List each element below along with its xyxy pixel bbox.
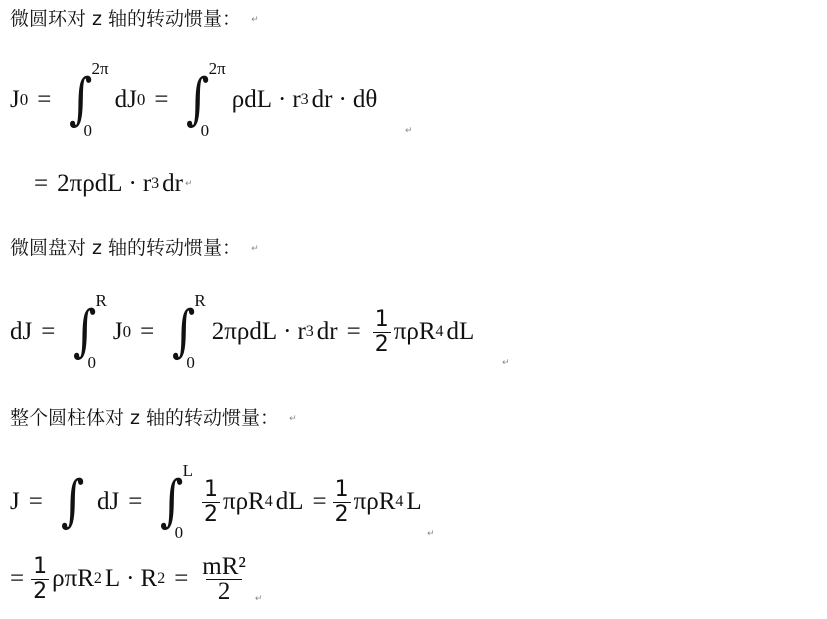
result-term: πρR — [394, 318, 436, 346]
equation-ring-integral: J0 = ∫ 2π0 dJ0 = ∫ 2π0 ρdL · r3 dr · dθ — [10, 62, 377, 138]
integrand-term: 2πρdL — [212, 318, 277, 346]
integral-sign: ∫ — [69, 72, 92, 128]
eq-lhs: J — [10, 86, 20, 114]
superscript: 2 — [157, 570, 165, 588]
denominator: 2 — [206, 579, 243, 604]
result-term: ρπR — [52, 565, 94, 593]
numerator: 1 — [202, 478, 220, 502]
result-term: r — [143, 170, 151, 198]
paragraph-mark: ↵ — [251, 15, 259, 25]
equals-sign: = — [174, 565, 188, 593]
superscript: 4 — [436, 323, 444, 341]
equation-ring-result: = 2πρdL · r3 dr ↵ — [34, 168, 193, 200]
paragraph-mark: ↵ — [185, 179, 193, 189]
cdot: · — [128, 170, 136, 198]
result-term: L — [105, 565, 120, 593]
integral-1: ∫ — [58, 474, 87, 530]
paragraph-mark: ↵ — [405, 126, 413, 136]
fraction-one-half: 12 — [202, 478, 220, 527]
integral-sign: ∫ — [160, 474, 183, 530]
equals-sign: = — [128, 488, 142, 516]
integral-2: ∫ L0 — [157, 467, 193, 537]
integral-sign: ∫ — [61, 474, 84, 530]
fraction-one-half: 12 — [373, 308, 391, 357]
result-term: R — [141, 565, 158, 593]
numerator: mR² — [200, 555, 248, 579]
superscript: 3 — [301, 91, 309, 109]
integrand-term: πρR — [223, 488, 265, 516]
integrand-term: r — [292, 86, 300, 114]
equals-sign: = — [313, 488, 327, 516]
integral-1: ∫ 2π0 — [66, 65, 108, 135]
paragraph-mark: ↵ — [502, 358, 510, 368]
eq-lhs: dJ — [10, 318, 32, 346]
integrand-term: dθ — [353, 86, 377, 114]
cdot: · — [126, 565, 134, 593]
integrand: J — [113, 318, 123, 346]
integral-sign: ∫ — [186, 72, 209, 128]
equals-sign: = — [41, 318, 55, 346]
result-term: dL — [447, 318, 475, 346]
integrand-term: r — [297, 318, 305, 346]
superscript: 4 — [395, 493, 403, 511]
integrand: dJ — [115, 86, 137, 114]
equation-cylinder-result: = 12 ρπR2 L · R2 = mR²2 ↵ — [10, 546, 262, 612]
superscript: 4 — [265, 493, 273, 511]
denominator: 2 — [373, 332, 391, 357]
superscript: 2 — [94, 570, 102, 588]
paragraph-mark: ↵ — [289, 414, 297, 424]
result-term: πρR — [354, 488, 396, 516]
integrand-term: dr — [317, 318, 338, 346]
integrand-term: dr — [312, 86, 333, 114]
subscript: 0 — [20, 90, 29, 110]
equals-sign: = — [29, 488, 43, 516]
integral-2: ∫ 2π0 — [183, 65, 225, 135]
result-term: dr — [162, 170, 183, 198]
upper-limit: R — [194, 291, 205, 311]
cdot: · — [283, 318, 291, 346]
heading-text: 微圆环对 z 轴的转动惯量： — [10, 8, 241, 30]
equals-sign: = — [34, 170, 48, 198]
superscript: 3 — [306, 323, 314, 341]
upper-limit: 2π — [209, 59, 226, 79]
upper-limit: R — [96, 291, 107, 311]
integral-sign: ∫ — [73, 304, 96, 360]
numerator: 1 — [333, 478, 351, 502]
heading-micro-disk: 微圆盘对 z 轴的转动惯量：↵ — [10, 237, 259, 260]
numerator: 1 — [373, 308, 391, 332]
equation-disk: dJ = ∫ R0 J0 = ∫ R0 2πρdL · r3 dr = 12 π… — [10, 294, 474, 370]
integral-2: ∫ R0 — [169, 297, 206, 367]
equals-sign: = — [37, 86, 51, 114]
heading-text: 微圆盘对 z 轴的转动惯量： — [10, 237, 241, 259]
heading-cylinder: 整个圆柱体对 z 轴的转动惯量：↵ — [10, 407, 297, 430]
paragraph-mark: ↵ — [255, 594, 263, 604]
integrand-term: ρdL — [232, 86, 272, 114]
result-term: L — [406, 488, 421, 516]
eq-lhs: J — [10, 488, 20, 516]
fraction-one-half: 12 — [31, 555, 49, 604]
integral-sign: ∫ — [172, 304, 195, 360]
heading-text: 整个圆柱体对 z 轴的转动惯量： — [10, 407, 279, 429]
denominator: 2 — [333, 502, 351, 527]
upper-limit: 2π — [92, 59, 109, 79]
paragraph-mark: ↵ — [251, 244, 259, 254]
subscript: 0 — [137, 90, 146, 110]
equals-sign: = — [10, 565, 24, 593]
numerator: 1 — [31, 555, 49, 579]
cdot: · — [338, 86, 346, 114]
integral-1: ∫ R0 — [70, 297, 107, 367]
equals-sign: = — [140, 318, 154, 346]
integrand-term: dL — [276, 488, 304, 516]
paragraph-mark: ↵ — [427, 529, 435, 539]
integrand: dJ — [97, 488, 119, 516]
upper-limit: L — [183, 461, 193, 481]
fraction-mr2-over-2: mR²2 — [200, 555, 248, 604]
denominator: 2 — [202, 502, 220, 527]
subscript: 0 — [123, 322, 132, 342]
denominator: 2 — [31, 579, 49, 604]
equals-sign: = — [154, 86, 168, 114]
superscript: 3 — [151, 175, 159, 193]
fraction-one-half: 12 — [333, 478, 351, 527]
equals-sign: = — [347, 318, 361, 346]
cdot: · — [278, 86, 286, 114]
result-term: 2πρdL — [57, 170, 122, 198]
heading-micro-ring: 微圆环对 z 轴的转动惯量：↵ — [10, 8, 259, 31]
equation-cylinder-integral: J = ∫ dJ = ∫ L0 12 πρR4 dL = 12 πρR4 L — [10, 464, 422, 540]
